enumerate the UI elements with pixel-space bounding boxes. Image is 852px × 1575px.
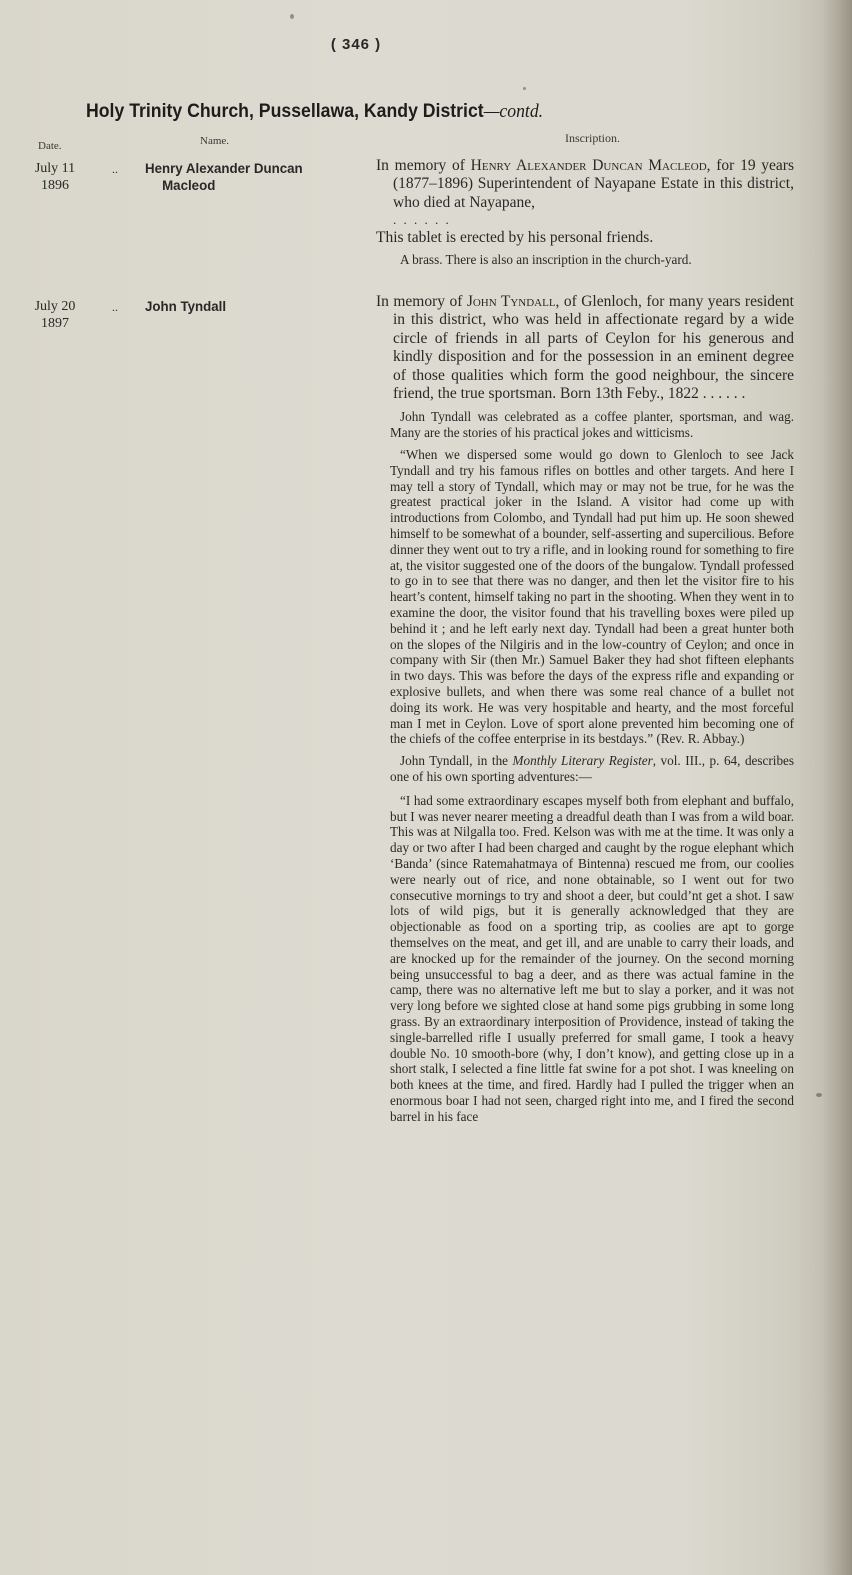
- inscription-line-2: This tablet is erected by his personal f…: [376, 229, 794, 247]
- column-header-name: Name.: [200, 135, 229, 147]
- inscription-prefix: In memory of: [376, 293, 467, 310]
- note-paragraph: A brass. There is also an inscription in…: [390, 252, 794, 268]
- inscription-prefix: In memory of: [376, 157, 471, 174]
- inscription: In memory of John Tyndall, of Glenloch, …: [376, 293, 794, 1131]
- paper-blemish: [523, 87, 526, 90]
- separator-dots: ..: [112, 300, 118, 315]
- entry-notes: John Tyndall was celebrated as a coffee …: [376, 409, 794, 1124]
- name-line-1: Henry Alexander Duncan: [145, 160, 303, 177]
- note-quote-abbay: “When we dispersed some would go down to…: [390, 447, 794, 747]
- inscription: In memory of Henry Alexander Duncan Macl…: [376, 157, 794, 273]
- inscription-text: In memory of John Tyndall, of Glenloch, …: [376, 293, 794, 403]
- column-header-date: Date.: [38, 140, 62, 152]
- note-register: John Tyndall, in the Monthly Literary Re…: [390, 753, 794, 785]
- name-line-2: Macleod: [145, 177, 303, 194]
- inscription-ellipsis: . . . . . .: [393, 214, 794, 226]
- entry-name: Henry Alexander Duncan Macleod: [145, 160, 303, 194]
- entry-name: John Tyndall: [145, 298, 226, 315]
- separator-dots: ..: [112, 162, 118, 177]
- inscription-text: In memory of Henry Alexander Duncan Macl…: [376, 157, 794, 248]
- date-year: 1896: [20, 177, 90, 194]
- paper-blemish: [816, 1093, 822, 1097]
- paper-blemish: [290, 14, 294, 19]
- page-edge-shadow: [822, 0, 852, 1575]
- inscription-name: Henry Alexander Duncan Macleod: [471, 157, 707, 174]
- date-year: 1897: [20, 315, 90, 332]
- register-before: John Tyndall, in the: [400, 753, 513, 768]
- date-day: July 11: [20, 160, 90, 177]
- section-title: Holy Trinity Church, Pussellawa, Kandy D…: [86, 101, 543, 123]
- entry-date: July 20 1897: [20, 298, 90, 332]
- register-title: Monthly Literary Register: [513, 753, 653, 768]
- section-title-text: Holy Trinity Church, Pussellawa, Kandy D…: [86, 101, 484, 122]
- column-header-inscription: Inscription.: [565, 131, 620, 146]
- entry-notes: A brass. There is also an inscription in…: [376, 252, 794, 268]
- page-number: ( 346 ): [0, 36, 712, 53]
- entry-date: July 11 1896: [20, 160, 90, 194]
- note-paragraph: John Tyndall was celebrated as a coffee …: [390, 409, 794, 441]
- inscription-name: John Tyndall: [467, 293, 556, 310]
- note-quote-tyndall: “I had some extraordinary escapes myself…: [390, 793, 794, 1125]
- section-title-contd: —contd.: [484, 101, 543, 122]
- date-day: July 20: [20, 298, 90, 315]
